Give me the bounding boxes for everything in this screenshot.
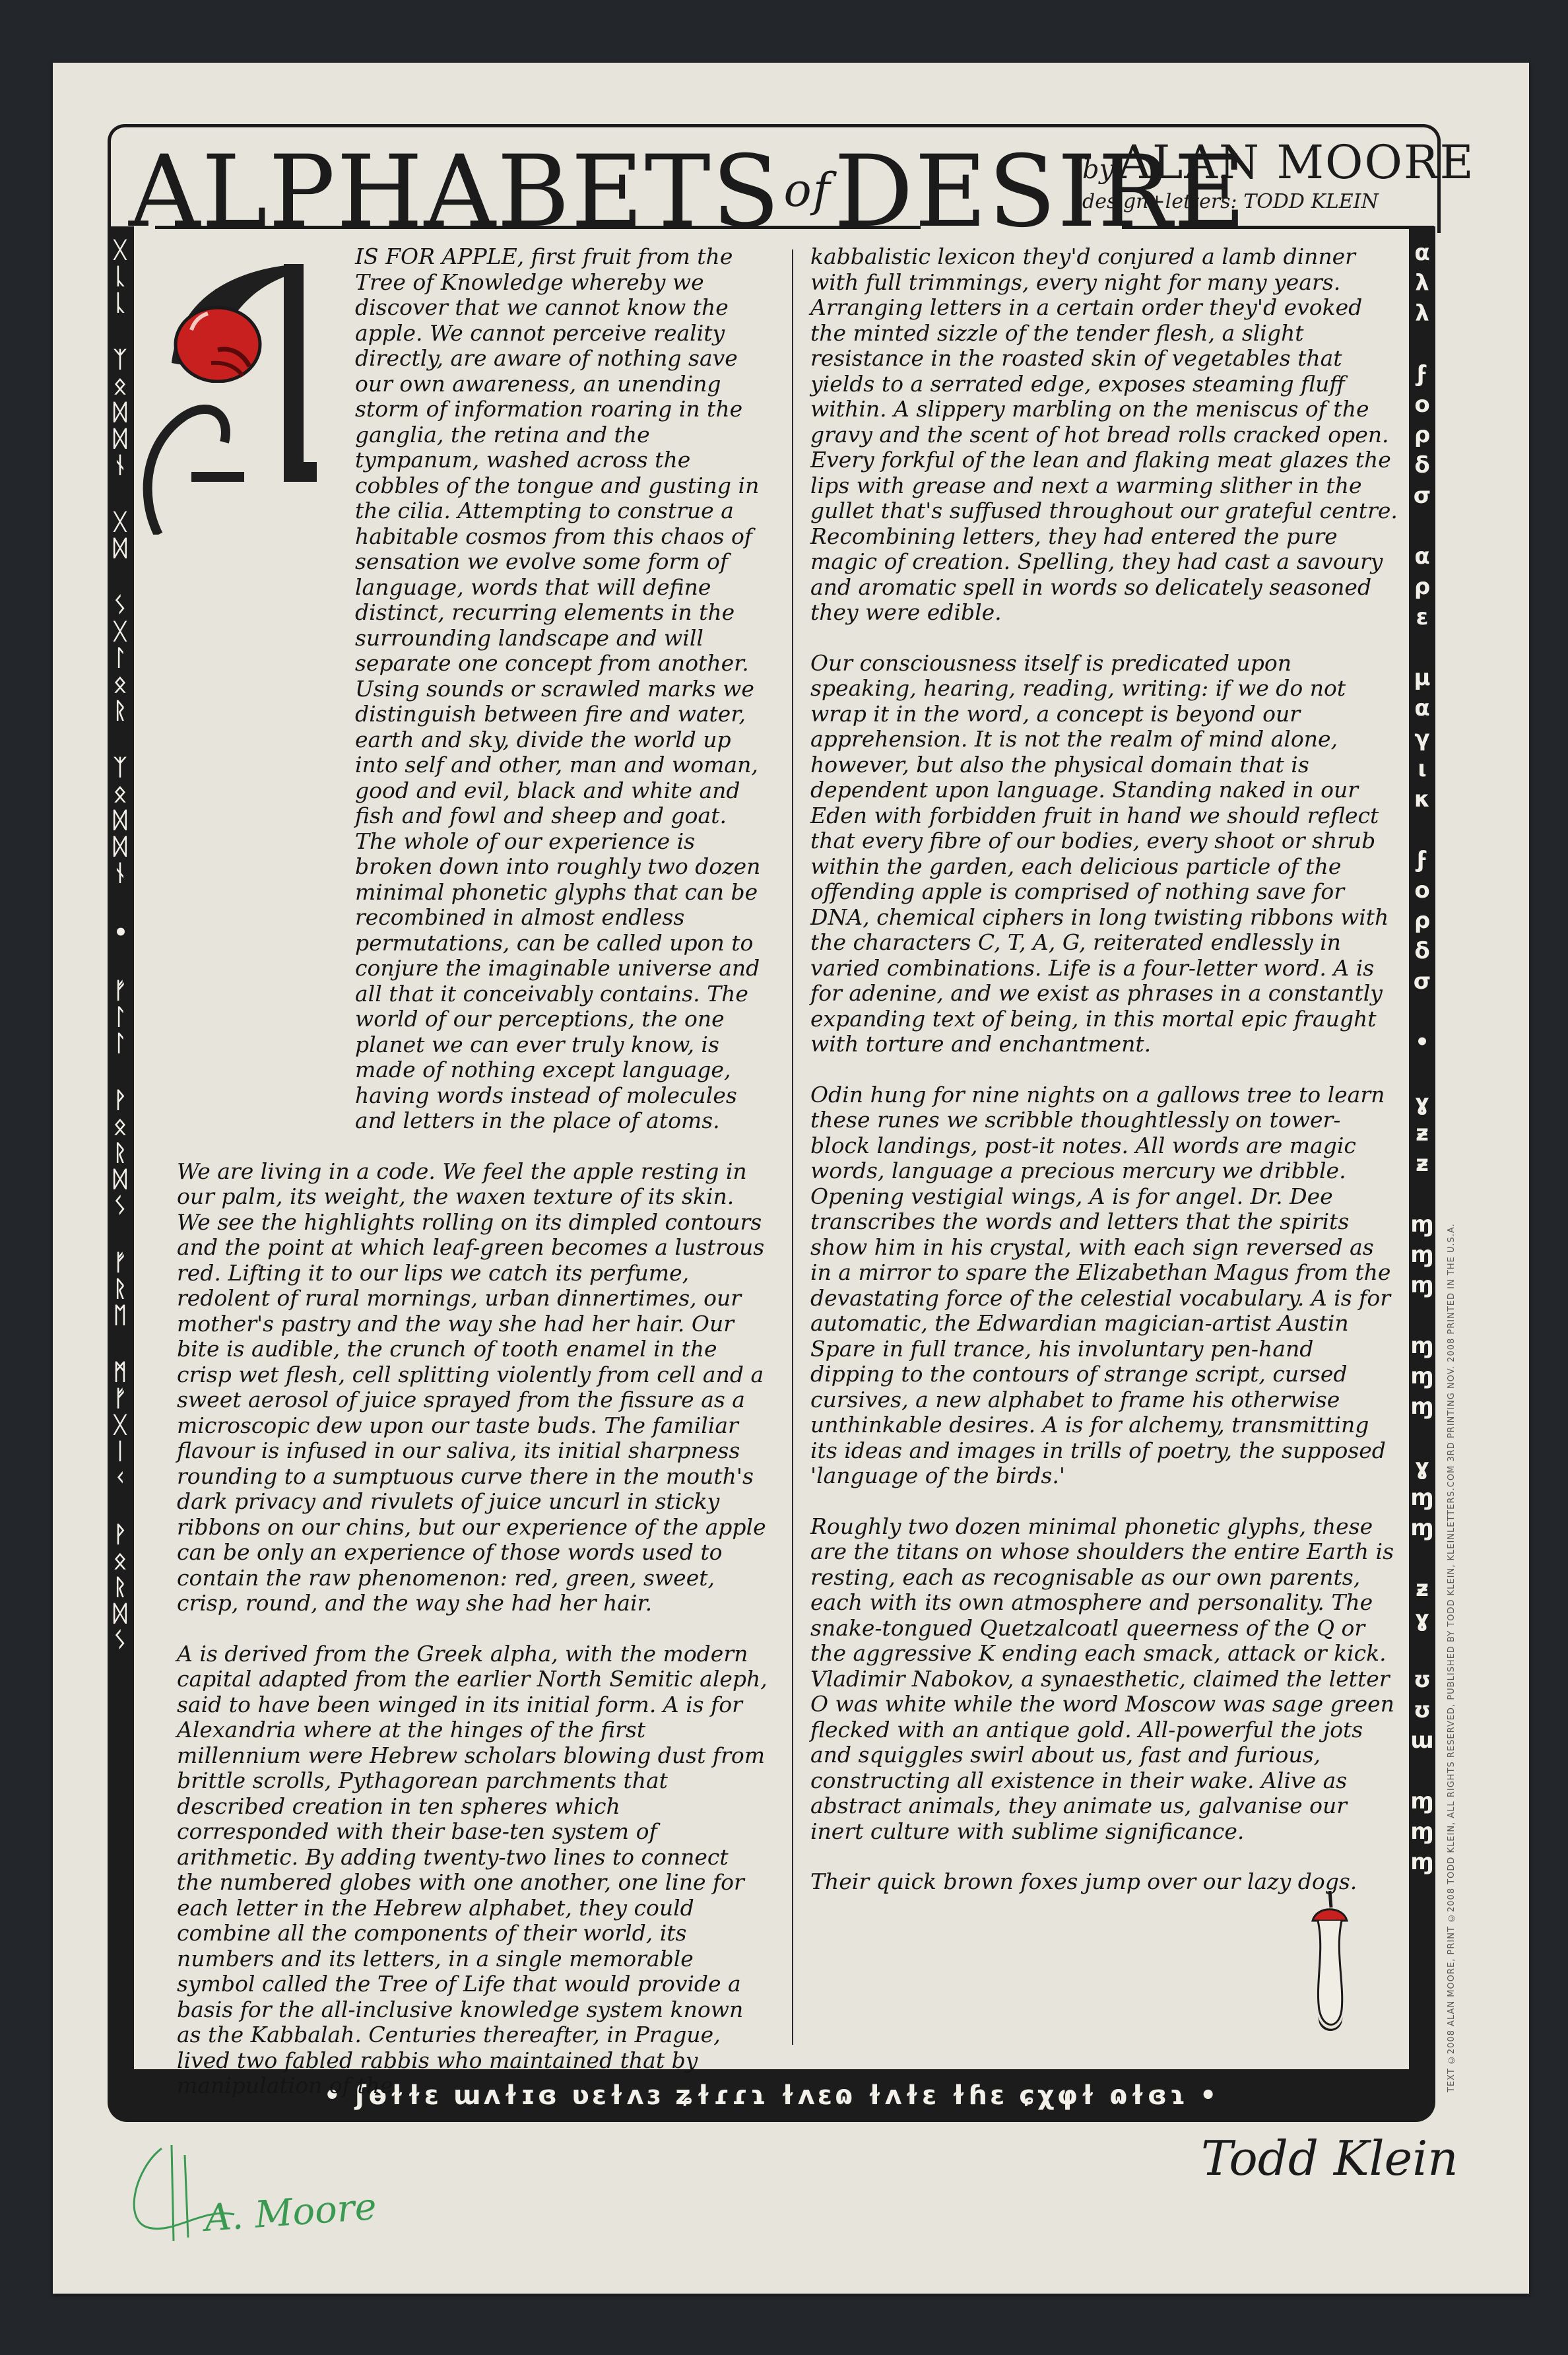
title-word-alphabets: ALPHABETS (129, 135, 781, 249)
author-name: ALAN MOORE (1117, 135, 1474, 189)
left-rune-border: ᚷᚳᚳ ᛉᛟᛞᛞᚾ ᚷᛞ ᛊᚷᛚᛟᚱ ᛉᛟᛞᛞᚾ • ᚠᛚᛚ ᚹᛟᚱᛞᛊ ᚠᚱᛖ… (108, 226, 134, 2094)
paragraph-kabbalistic-lexicon: kabbalistic lexicon they'd conjured a la… (810, 244, 1398, 626)
left-text-column: IS FOR APPLE, first fruit from the Tree … (177, 244, 771, 2124)
byline: by ALAN MOORE (1082, 135, 1475, 189)
todd-klein-signature: Todd Klein (1201, 2131, 1458, 2186)
paragraph-consciousness: Our consciousness itself is predicated u… (810, 651, 1398, 1057)
right-text-column: kabbalistic lexicon they'd conjured a la… (810, 244, 1398, 1920)
poster-title: ALPHABETSofDESIRE (129, 124, 1247, 256)
paragraph-apple: IS FOR APPLE, first fruit from the Tree … (177, 244, 771, 1134)
column-divider (792, 249, 793, 2045)
paragraph-alpha: A is derived from the Greek alpha, with … (177, 1642, 771, 2099)
right-greek-border: αλλ ϝορδσ αρε μαγικ ϝορδσ • ɣƶƶ ɱɱɱ ɱɱɱ … (1409, 226, 1435, 2094)
paragraph-roughly-two-dozen: Roughly two dozen minimal phonetic glyph… (810, 1514, 1398, 1845)
copyright-fineprint: TEXT ©2008 ALAN MOORE, PRINT ©2008 TODD … (1447, 1023, 1456, 2092)
design-credit: design+letters: TODD KLEIN (1082, 190, 1379, 213)
byline-by: by (1082, 154, 1114, 185)
paragraph-living-in-code: We are living in a code. We feel the app… (177, 1159, 771, 1616)
apple-core-icon (1310, 1891, 1350, 2036)
paragraph-odin: Odin hung for nine nights on a gallows t… (810, 1082, 1398, 1489)
right-greek-text: αλλ ϝορδσ αρε μαγικ ϝορδσ • ɣƶƶ ɱɱɱ ɱɱɱ … (1409, 240, 1435, 1879)
title-word-of: of (784, 163, 832, 217)
left-rune-text: ᚷᚳᚳ ᛉᛟᛞᛞᚾ ᚷᛞ ᛊᚷᛚᛟᚱ ᛉᛟᛞᛞᚾ • ᚠᛚᛚ ᚹᛟᚱᛞᛊ ᚠᚱᛖ… (108, 240, 134, 1656)
